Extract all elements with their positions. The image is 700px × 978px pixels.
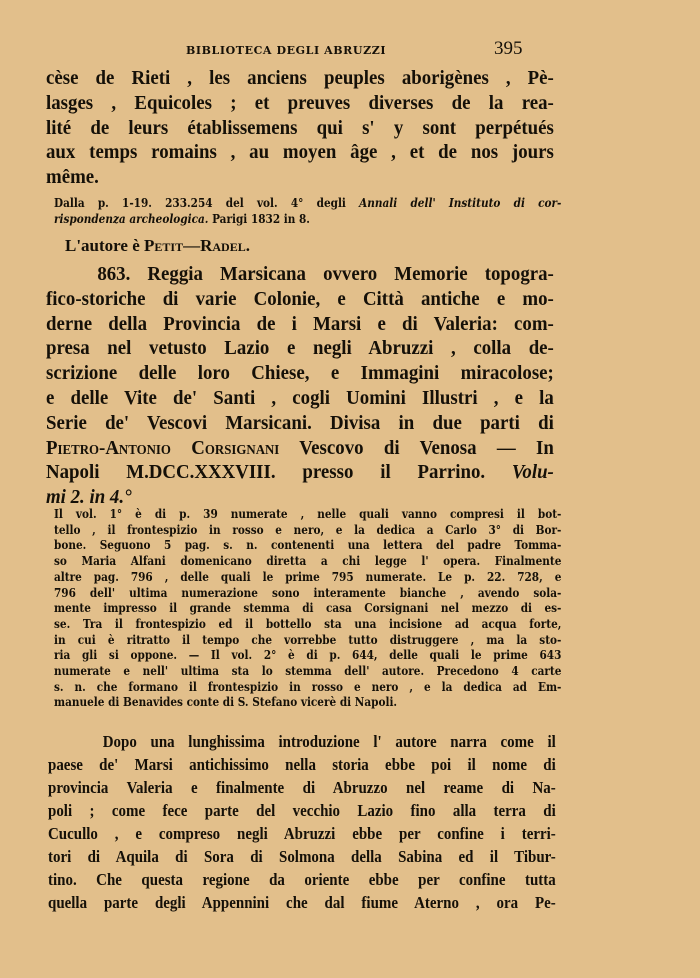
text-line: mente impresso il grande stemma di casa … (54, 601, 561, 617)
text-line: presa nel vetusto Lazio e negli Abruzzi … (46, 336, 554, 361)
author-name: Petit—Radel (144, 236, 246, 255)
text-line: provincia Valeria e finalmente di Abruzz… (48, 776, 556, 799)
text-line: e delle Vite de' Santi , cogli Uomini Il… (46, 386, 554, 411)
text-line: tino. Che questa regione da oriente ebbe… (48, 868, 556, 891)
text-line: rispondenza archeologica. Parigi 1832 in… (54, 212, 561, 228)
page-header: BIBLIOTECA DEGLI ABRUZZI 395 (46, 38, 554, 62)
continuation-paragraph: cèse de Rieti , les anciens peuples abor… (46, 66, 554, 190)
text-line: so Maria Alfani domenicano diretta a chi… (54, 554, 561, 570)
text-line: se. Tra il frontespizio ed il bottello s… (54, 617, 561, 633)
text-line: lité de leurs établissemens qui s' y son… (46, 116, 554, 141)
text-line: Cucullo , e compreso negli Abruzzi ebbe … (48, 822, 556, 845)
text-line: Serie de' Vescovi Marsicani. Divisa in d… (46, 411, 554, 436)
volumes-info: Volu- (512, 461, 554, 483)
text-line: altre pag. 796 , delle quali le prime 79… (54, 570, 561, 586)
text-line: lasges , Equicoles ; et preuves diverses… (46, 91, 554, 116)
page-number: 395 (494, 38, 523, 60)
entry-number: 863. (97, 263, 130, 285)
text-line: tello , il frontespizio in rosso e nero,… (54, 523, 561, 539)
text-line: fico-storiche di varie Colonie, e Città … (46, 287, 554, 312)
text-line: numerate e nell' ultima sta lo stemma de… (54, 664, 561, 680)
text-line: in cui è ritratto il tempo che vorrebbe … (54, 633, 561, 649)
text-line: bone. Seguono 5 pag. s. n. contenenti un… (54, 538, 561, 554)
text-line: manuele di Benavides conte di S. Stefano… (54, 695, 561, 711)
text-line: scrizione delle loro Chiese, e Immagini … (46, 361, 554, 386)
text-line: poli ; come fece parte del vecchio Lazio… (48, 799, 556, 822)
text-line: ria gli si oppone. — Il vol. 2° è di p. … (54, 648, 561, 664)
text-line: paese de' Marsi antichissimo nella stori… (48, 753, 556, 776)
collation-note: Il vol. 1° è di p. 39 numerate , nelle q… (54, 507, 561, 711)
text-line: cèse de Rieti , les anciens peuples abor… (46, 66, 554, 91)
text-line: Il vol. 1° è di p. 39 numerate , nelle q… (54, 507, 561, 523)
text-line: aux temps romains , au moyen âge , et de… (46, 140, 554, 165)
text-line: quella parte degli Appennini che dal fiu… (48, 891, 556, 914)
entry-author: Pietro-Antonio Corsignani (46, 437, 279, 459)
text-line: Napoli M.DCC.XXXVIII. presso il Parrino.… (46, 460, 554, 485)
journal-title-cont: rispondenza archeologica. (54, 212, 208, 226)
text-line: tori di Aquila di Sora di Solmona della … (48, 845, 556, 868)
text-line: s. n. che formano il frontespizio in ros… (54, 680, 561, 696)
running-title: BIBLIOTECA DEGLI ABRUZZI (186, 44, 386, 57)
text-line: 796 dell' ultima numerazione sono intera… (54, 586, 561, 602)
bibliographic-entry: 863. Reggia Marsicana ovvero Memorie top… (46, 262, 554, 510)
text-line: Dopo una lunghissima introduzione l' aut… (48, 730, 556, 753)
source-note: Dalla p. 1-19. 233.254 del vol. 4° degli… (54, 196, 561, 227)
text-line: Pietro-Antonio Corsignani Vescovo di Ven… (46, 436, 554, 461)
volumes-info-cont: mi 2. in 4.° (46, 486, 132, 508)
text-line: 863. Reggia Marsicana ovvero Memorie top… (46, 262, 554, 287)
author-note: L'autore è Petit—Radel. (65, 236, 573, 256)
text-line: même. (46, 165, 554, 190)
text-line: derne della Provincia de i Marsi e di Va… (46, 312, 554, 337)
text-line: Dalla p. 1-19. 233.254 del vol. 4° degli… (54, 196, 561, 212)
journal-title: Annali dell' Instituto di cor- (359, 196, 561, 210)
commentary-paragraph: Dopo una lunghissima introduzione l' aut… (48, 730, 556, 914)
